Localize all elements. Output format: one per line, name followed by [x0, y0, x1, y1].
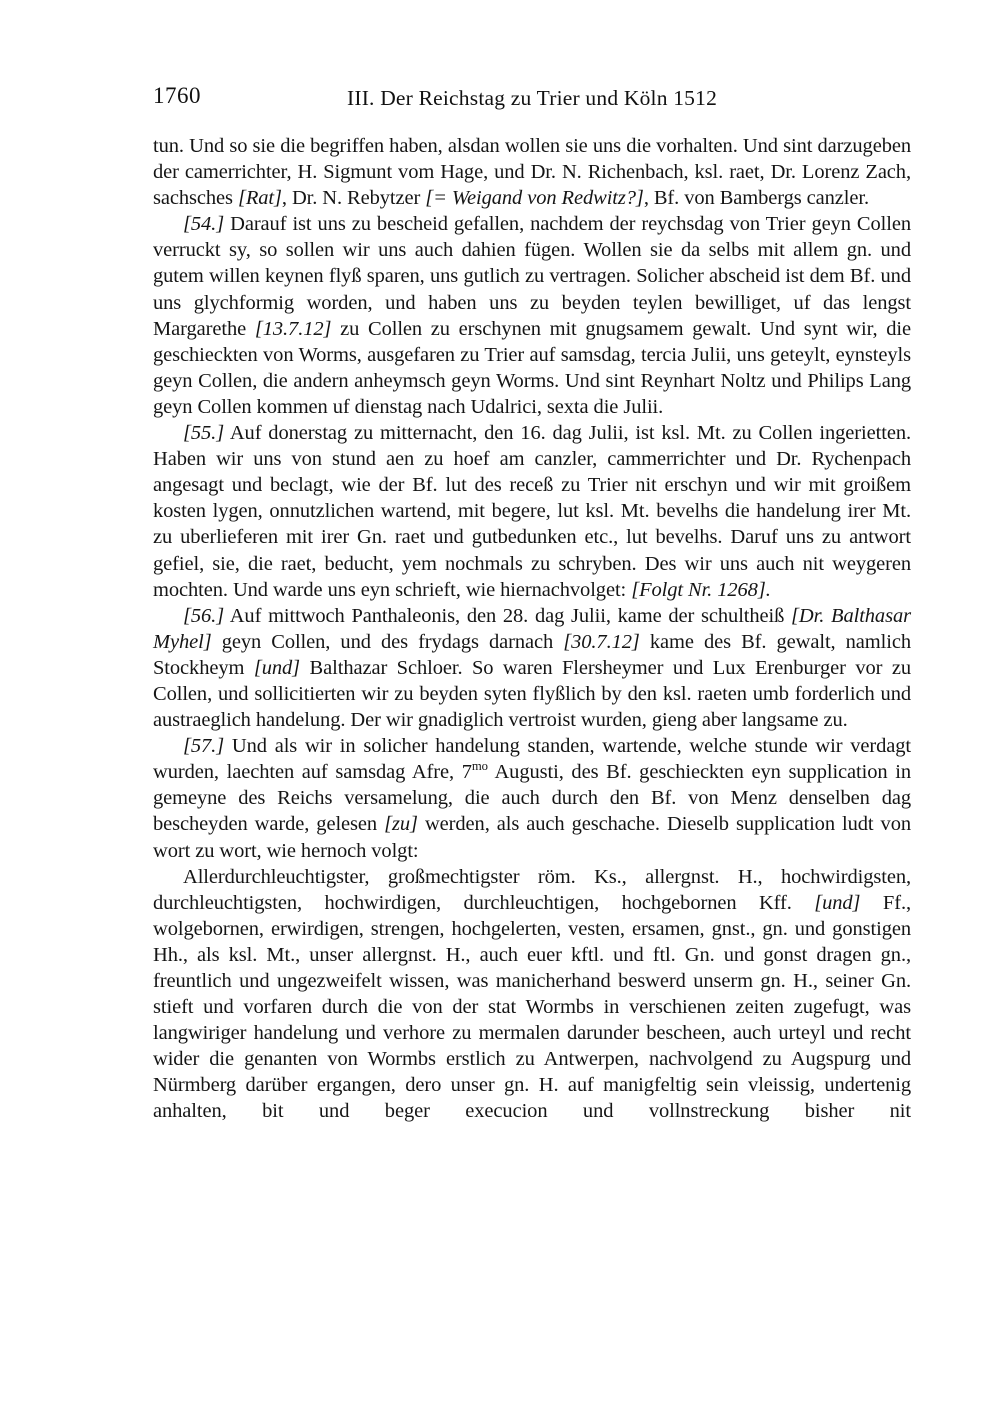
editorial-insertion: [57.]: [183, 735, 224, 757]
superscript-ordinal: mo: [472, 759, 488, 773]
editorial-insertion: [30.7.12]: [563, 631, 640, 653]
page-content: 1760 III. Der Reichstag zu Trier und Köl…: [153, 84, 911, 1125]
paragraph: [55.] Auf donerstag zu mitternacht, den …: [153, 420, 911, 603]
text-segment: Auf donerstag zu mitternacht, den 16. da…: [153, 422, 911, 601]
editorial-insertion: [56.]: [183, 605, 224, 627]
paragraph: tun. Und so sie die begriffen haben, als…: [153, 133, 911, 211]
text-segment: Auf mittwoch Panthaleonis, den 28. dag J…: [224, 605, 791, 627]
text-segment: Ff., wolgebornen, erwirdigen, strengen, …: [153, 892, 911, 1123]
paragraph: [54.] Darauf ist uns zu bescheid gefalle…: [153, 211, 911, 420]
paragraph: [56.] Auf mittwoch Panthaleonis, den 28.…: [153, 603, 911, 733]
editorial-insertion: [Rat]: [238, 187, 282, 209]
text-segment: Allerdurchleuchtigster, großmechtigster …: [153, 866, 911, 914]
editorial-insertion: [54.]: [183, 213, 224, 235]
text-segment: , Dr. N. Rebytzer: [282, 187, 425, 209]
editorial-insertion: [13.7.12]: [255, 318, 332, 340]
text-body: tun. Und so sie die begriffen haben, als…: [153, 133, 911, 1125]
running-title: III. Der Reichstag zu Trier und Köln 151…: [153, 86, 911, 110]
paragraph: [57.] Und als wir in solicher handelung …: [153, 733, 911, 863]
editorial-insertion: [55.]: [183, 422, 224, 444]
book-page: 1760 III. Der Reichstag zu Trier und Köl…: [0, 0, 1004, 1418]
running-head: 1760 III. Der Reichstag zu Trier und Köl…: [153, 84, 911, 112]
editorial-insertion: [= Weigand von Redwitz?]: [425, 187, 644, 209]
text-segment: geyn Collen, und des frydags darnach: [212, 631, 564, 653]
editorial-insertion: [und]: [254, 657, 300, 679]
paragraph: Allerdurchleuchtigster, großmechtigster …: [153, 864, 911, 1125]
editorial-insertion: [und]: [814, 892, 860, 914]
editorial-insertion: [zu]: [384, 813, 418, 835]
text-segment: , Bf. von Bambergs canzler.: [644, 187, 869, 209]
editorial-insertion: [Folgt Nr. 1268].: [631, 579, 771, 601]
